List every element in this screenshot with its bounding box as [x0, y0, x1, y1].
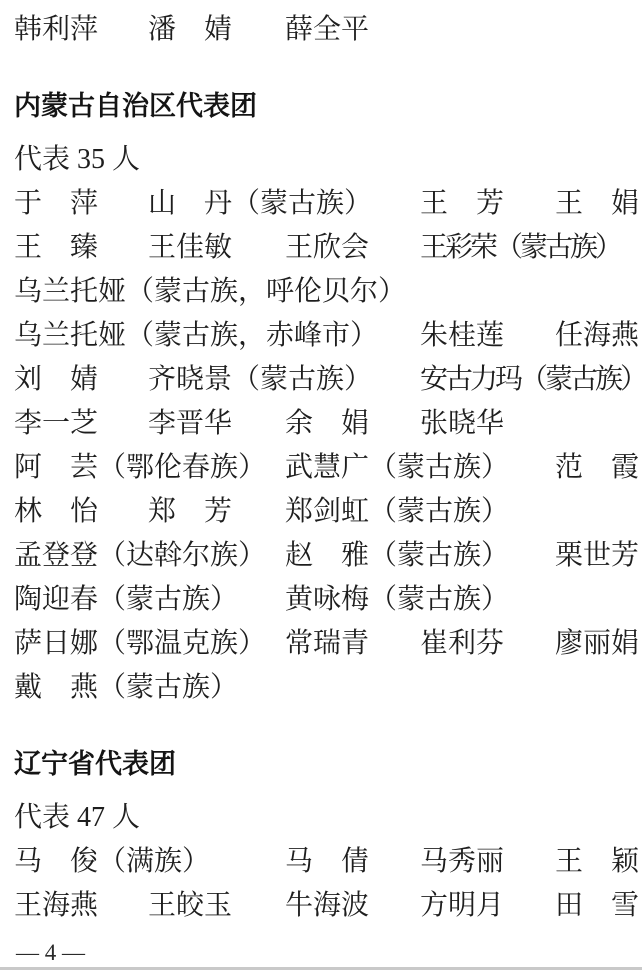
- name-row: 林 怡郑 芳郑剑虹（蒙古族）: [0, 490, 642, 534]
- delegate-name: 潘 婧: [148, 8, 232, 52]
- delegate-name: 栗世芳: [555, 534, 639, 578]
- name-row: 刘 婧齐晓景（蒙古族）安古力玛（蒙古族）: [0, 358, 642, 402]
- delegate-name: 余 娟: [285, 402, 369, 446]
- name-row: 孟登登（达斡尔族）赵 雅（蒙古族）栗世芳: [0, 534, 642, 578]
- delegation-sections: 内蒙古自治区代表团代表 35 人于 萍山 丹（蒙古族）王 芳王 娟王 臻王佳敏王…: [0, 84, 642, 928]
- delegate-name: 山 丹（蒙古族）: [148, 182, 372, 226]
- delegate-name: 刘 婧: [14, 358, 98, 402]
- delegate-name: 马秀丽: [420, 840, 504, 884]
- delegate-name: 方明月: [420, 884, 504, 928]
- name-row: 王 臻王佳敏王欣会王彩荣（蒙古族）: [0, 226, 642, 270]
- delegate-name: 王 臻: [14, 226, 98, 270]
- delegate-name: 郑剑虹（蒙古族）: [285, 490, 509, 534]
- delegate-name: 廖丽娟: [555, 622, 639, 666]
- delegation-title: 辽宁省代表团: [0, 742, 642, 786]
- delegate-name: 李晋华: [148, 402, 232, 446]
- delegate-name: 崔利芬: [420, 622, 504, 666]
- delegate-name: 王 娟: [555, 182, 639, 226]
- delegate-name: 王佳敏: [148, 226, 232, 270]
- delegate-name: 陶迎春（蒙古族）: [14, 578, 238, 622]
- delegate-count: 代表 35 人: [0, 138, 642, 182]
- delegate-name: 林 怡: [14, 490, 98, 534]
- delegate-name: 张晓华: [420, 402, 504, 446]
- delegate-name: 马 俊（满族）: [14, 840, 210, 884]
- delegate-name: 安古力玛（蒙古族）: [420, 358, 642, 402]
- name-row: 乌兰托娅（蒙古族，呼伦贝尔）: [0, 270, 642, 314]
- delegate-name: 乌兰托娅（蒙古族，赤峰市）: [14, 314, 378, 358]
- delegate-name: 牛海波: [285, 884, 369, 928]
- name-row: 乌兰托娅（蒙古族，赤峰市）朱桂莲任海燕: [0, 314, 642, 358]
- name-row: 戴 燕（蒙古族）: [0, 666, 642, 710]
- bottom-page-rule: [0, 967, 642, 970]
- continuation-name-row: 韩利萍潘 婧薛全平: [0, 8, 642, 52]
- delegation-section: 内蒙古自治区代表团代表 35 人于 萍山 丹（蒙古族）王 芳王 娟王 臻王佳敏王…: [0, 84, 642, 710]
- delegation-title: 内蒙古自治区代表团: [0, 84, 642, 128]
- name-row: 马 俊（满族）马 倩马秀丽王 颖: [0, 840, 642, 884]
- delegate-name: 王皎玉: [148, 884, 232, 928]
- delegate-name: 黄咏梅（蒙古族）: [285, 578, 509, 622]
- delegate-name: 田 雪: [555, 884, 639, 928]
- delegate-name: 常瑞青: [285, 622, 369, 666]
- delegate-name: 齐晓景（蒙古族）: [148, 358, 372, 402]
- name-row: 王海燕王皎玉牛海波方明月田 雪: [0, 884, 642, 928]
- name-row: 李一芝李晋华余 娟张晓华: [0, 402, 642, 446]
- delegate-list-page: 韩利萍潘 婧薛全平 内蒙古自治区代表团代表 35 人于 萍山 丹（蒙古族）王 芳…: [0, 0, 642, 971]
- delegate-name: 王 芳: [420, 182, 504, 226]
- delegate-name: 于 萍: [14, 182, 98, 226]
- delegate-name: 马 倩: [285, 840, 369, 884]
- delegate-name: 薛全平: [285, 8, 369, 52]
- delegate-name: 韩利萍: [14, 8, 98, 52]
- delegate-name: 任海燕: [555, 314, 639, 358]
- delegate-name: 孟登登（达斡尔族）: [14, 534, 266, 578]
- delegate-name: 王彩荣（蒙古族）: [420, 226, 620, 270]
- delegate-count: 代表 47 人: [0, 796, 642, 840]
- name-row: 萨日娜（鄂温克族）常瑞青崔利芬廖丽娟: [0, 622, 642, 666]
- page-number: — 4 —: [0, 938, 642, 968]
- delegate-name: 阿 芸（鄂伦春族）: [14, 446, 266, 490]
- delegate-name: 萨日娜（鄂温克族）: [14, 622, 266, 666]
- delegate-name: 朱桂莲: [420, 314, 504, 358]
- delegate-name: 王海燕: [14, 884, 98, 928]
- name-row: 于 萍山 丹（蒙古族）王 芳王 娟: [0, 182, 642, 226]
- delegation-section: 辽宁省代表团代表 47 人马 俊（满族）马 倩马秀丽王 颖王海燕王皎玉牛海波方明…: [0, 742, 642, 928]
- delegate-name: 戴 燕（蒙古族）: [14, 666, 238, 710]
- name-row: 陶迎春（蒙古族）黄咏梅（蒙古族）: [0, 578, 642, 622]
- delegate-name: 王欣会: [285, 226, 369, 270]
- name-row: 阿 芸（鄂伦春族）武慧广（蒙古族）范 霞: [0, 446, 642, 490]
- delegate-name: 赵 雅（蒙古族）: [285, 534, 509, 578]
- delegate-name: 乌兰托娅（蒙古族，呼伦贝尔）: [14, 270, 406, 314]
- delegate-name: 王 颖: [555, 840, 639, 884]
- delegate-name: 武慧广（蒙古族）: [285, 446, 509, 490]
- delegate-name: 李一芝: [14, 402, 98, 446]
- delegate-name: 范 霞: [555, 446, 639, 490]
- delegate-name: 郑 芳: [148, 490, 232, 534]
